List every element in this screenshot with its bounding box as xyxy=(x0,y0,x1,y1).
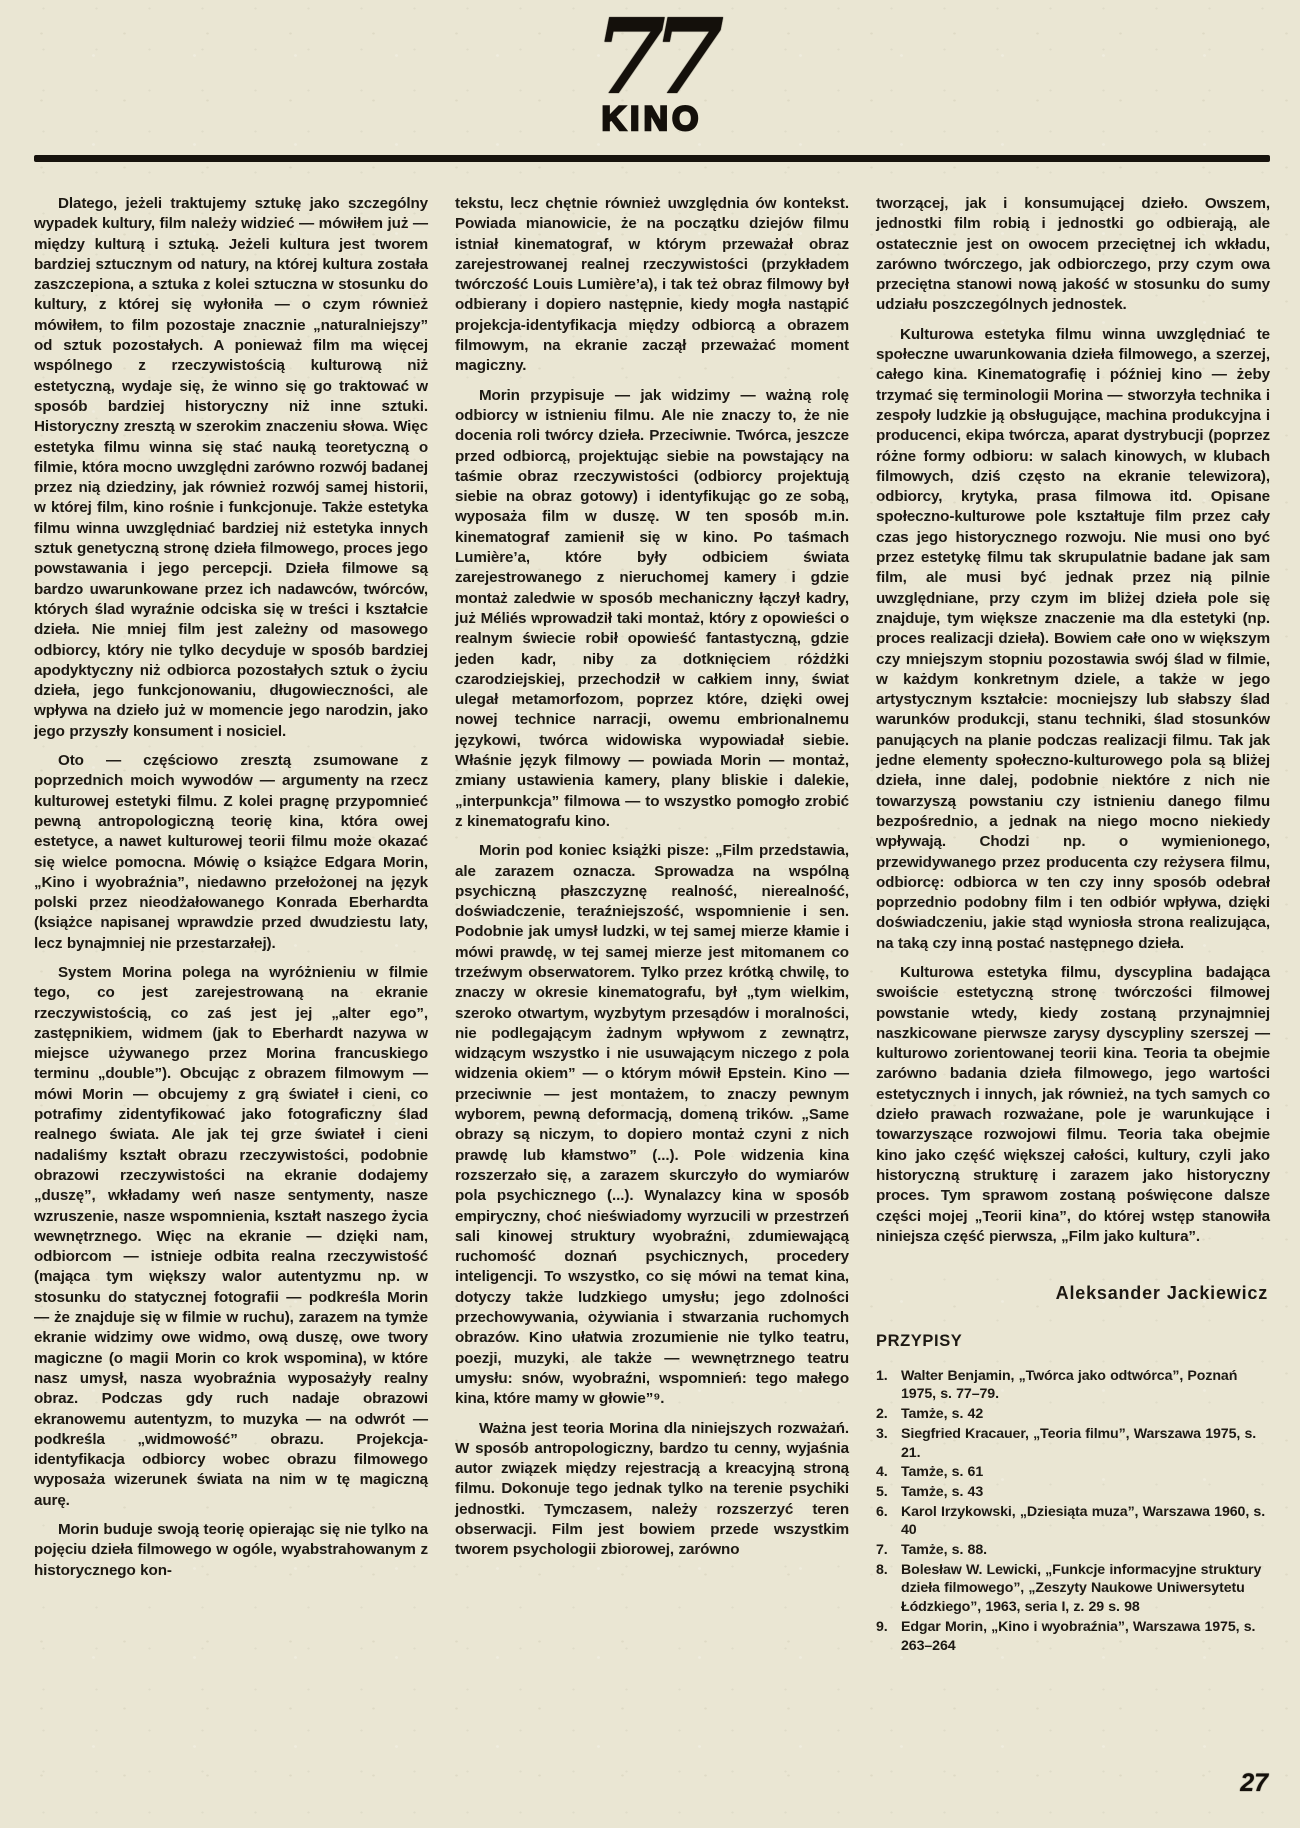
article-paragraph: tworzącej, jak i konsumującej dzieło. Ow… xyxy=(876,194,1270,316)
footnote-item: 6.Karol Irzykowski, „Dziesiąta muza”, Wa… xyxy=(876,1503,1270,1540)
footnote-item: 5.Tamże, s. 43 xyxy=(876,1483,1270,1502)
magazine-logo-kino: KINO xyxy=(34,100,1270,139)
column-1-paragraphs: Dlatego, jeżeli traktujemy sztukę jako s… xyxy=(34,194,428,1581)
footnote-text: Tamże, s. 43 xyxy=(901,1483,1270,1502)
footnote-number: 2. xyxy=(876,1405,901,1424)
footnote-item: 8.Bolesław W. Lewicki, „Funkcje informac… xyxy=(876,1561,1270,1617)
footnotes-list: 1.Walter Benjamin, „Twórca jako odtwórca… xyxy=(876,1367,1270,1656)
footnote-text: Edgar Morin, „Kino i wyobraźnia”, Warsza… xyxy=(901,1618,1270,1655)
page-number: 27 xyxy=(1240,1769,1268,1798)
footnote-text: Karol Irzykowski, „Dziesiąta muza”, Wars… xyxy=(901,1503,1270,1540)
footnote-text: Bolesław W. Lewicki, „Funkcje informacyj… xyxy=(901,1561,1270,1617)
author-byline: Aleksander Jackiewicz xyxy=(876,1283,1268,1303)
footnote-text: Walter Benjamin, „Twórca jako odtwórca”,… xyxy=(901,1367,1270,1404)
article-paragraph: Kulturowa estetyka filmu, dyscyplina bad… xyxy=(876,963,1270,1247)
footnote-number: 7. xyxy=(876,1541,901,1560)
footnote-text: Tamże, s. 42 xyxy=(901,1405,1270,1424)
footnote-item: 4.Tamże, s. 61 xyxy=(876,1463,1270,1482)
article-paragraph: Kulturowa estetyka filmu winna uwzględni… xyxy=(876,325,1270,954)
footnote-text: Tamże, s. 88. xyxy=(901,1541,1270,1560)
footnote-number: 1. xyxy=(876,1367,901,1404)
footnote-item: 1.Walter Benjamin, „Twórca jako odtwórca… xyxy=(876,1367,1270,1404)
article-column-2: tekstu, lecz chętnie również uwzględnia … xyxy=(455,194,849,1656)
article-paragraph: Morin buduje swoją teorię opierając się … xyxy=(34,1520,428,1581)
footnote-number: 5. xyxy=(876,1483,901,1502)
footnote-text: Siegfried Kracauer, „Teoria filmu”, Wars… xyxy=(901,1425,1270,1462)
article-paragraph: Oto — częściowo zresztą zsumowane z popr… xyxy=(34,751,428,954)
footnote-number: 9. xyxy=(876,1618,901,1655)
article-column-1: Dlatego, jeżeli traktujemy sztukę jako s… xyxy=(34,194,428,1656)
masthead: 77 KINO xyxy=(34,6,1270,152)
footnote-number: 6. xyxy=(876,1503,901,1540)
article-paragraph: Ważna jest teoria Morina dla niniejszych… xyxy=(455,1419,849,1561)
footnote-item: 3.Siegfried Kracauer, „Teoria filmu”, Wa… xyxy=(876,1425,1270,1462)
header-rule-divider xyxy=(34,155,1270,162)
article-paragraph: Morin przypisuje — jak widzimy — ważną r… xyxy=(455,386,849,833)
article-column-3: tworzącej, jak i konsumującej dzieło. Ow… xyxy=(876,194,1270,1656)
footnote-number: 3. xyxy=(876,1425,901,1462)
article-paragraph: Dlatego, jeżeli traktujemy sztukę jako s… xyxy=(34,194,428,742)
footnote-item: 2.Tamże, s. 42 xyxy=(876,1405,1270,1424)
column-2-paragraphs: tekstu, lecz chętnie również uwzględnia … xyxy=(455,194,849,1561)
footnote-item: 7.Tamże, s. 88. xyxy=(876,1541,1270,1560)
footnote-item: 9.Edgar Morin, „Kino i wyobraźnia”, Wars… xyxy=(876,1618,1270,1655)
footnote-number: 4. xyxy=(876,1463,901,1482)
article-body: Dlatego, jeżeli traktujemy sztukę jako s… xyxy=(34,194,1270,1656)
article-paragraph: Morin pod koniec książki pisze: „Film pr… xyxy=(455,841,849,1409)
footnote-text: Tamże, s. 61 xyxy=(901,1463,1270,1482)
footnote-number: 8. xyxy=(876,1561,901,1617)
article-paragraph: tekstu, lecz chętnie również uwzględnia … xyxy=(455,194,849,377)
column-3-paragraphs: tworzącej, jak i konsumującej dzieło. Ow… xyxy=(876,194,1270,1247)
footnotes-heading: PRZYPISY xyxy=(876,1331,1270,1351)
article-paragraph: System Morina polega na wyróżnieniu w fi… xyxy=(34,963,428,1511)
magazine-page: 77 KINO Dlatego, jeżeli traktujemy sztuk… xyxy=(0,0,1300,1828)
magazine-logo-77-icon: 77 xyxy=(34,6,1270,108)
